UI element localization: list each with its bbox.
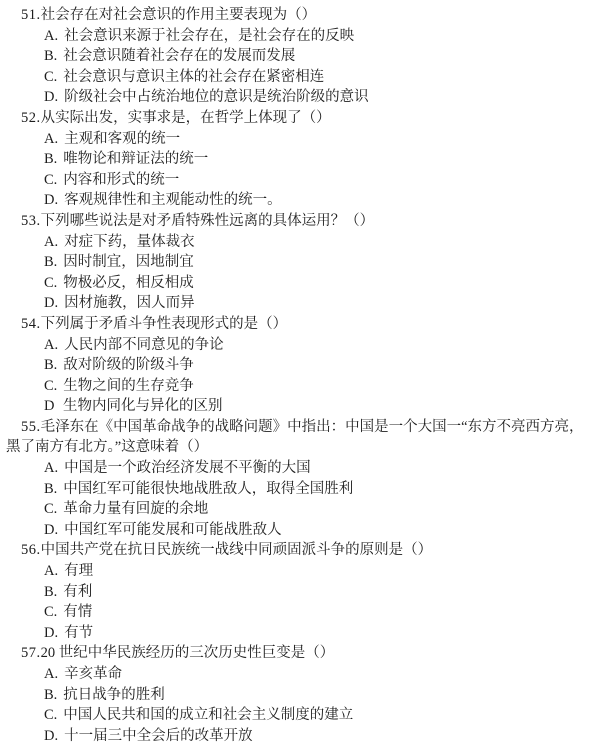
question-block-53: 53.下列哪些说法是对矛盾特殊性远离的具体运用？（） A.对症下药，量体裁衣 B… — [0, 211, 590, 314]
option-label: D. — [44, 623, 58, 644]
exam-document: 51.社会存在对社会意识的作用主要表现为（） A.社会意识来源于社会存在，是社会… — [0, 0, 600, 746]
option-text: 社会意识来源于社会存在，是社会存在的反映 — [64, 28, 354, 44]
option-row: B.有利 — [0, 582, 590, 603]
option-row: B.因时制宜，因地制宜 — [0, 252, 590, 273]
option-label: C. — [44, 273, 57, 294]
option-label: A. — [44, 458, 58, 479]
question-block-57: 57.20 世纪中华民族经历的三次历史性巨变是（） A.辛亥革命 B.抗日战争的… — [0, 643, 590, 746]
option-text: 中国是一个政治经济发展不平衡的大国 — [64, 460, 311, 476]
option-row: A.人民内部不同意见的争论 — [0, 335, 590, 356]
question-number: 54. — [21, 316, 41, 332]
option-label: C. — [44, 499, 57, 520]
option-row: D.中国红军可能发展和可能战胜敌人 — [0, 520, 590, 541]
option-label: D. — [44, 726, 58, 747]
question-text: 下列属于矛盾斗争性表现形式的是（） — [41, 316, 288, 332]
option-text: 社会意识随着社会存在的发展而发展 — [63, 48, 295, 64]
option-label: C. — [44, 376, 57, 397]
option-text: 人民内部不同意见的争论 — [64, 337, 224, 353]
question-block-56: 56.中国共产党在抗日民族统一战线中同顽固派斗争的原则是（） A.有理 B.有利… — [0, 540, 590, 643]
option-text: 中国红军可能很快地战胜敌人，取得全国胜利 — [63, 481, 353, 497]
option-text: 革命力量有回旋的余地 — [63, 501, 208, 517]
option-row: D.十一届三中全会后的改革开放 — [0, 726, 590, 747]
option-label: A. — [44, 232, 58, 253]
question-number: 52. — [21, 110, 41, 126]
option-text: 主观和客观的统一 — [64, 131, 180, 147]
option-row: D.阶级社会中占统治地位的意识是统治阶级的意识 — [0, 87, 590, 108]
option-label: A. — [44, 26, 58, 47]
option-text: 因材施教，因人而异 — [64, 295, 195, 311]
option-text: 十一届三中全会后的改革开放 — [64, 728, 253, 744]
option-row: A.主观和客观的统一 — [0, 129, 590, 150]
option-text: 有情 — [63, 604, 92, 620]
option-row: C.有情 — [0, 602, 590, 623]
question-stem: 57.20 世纪中华民族经历的三次历史性巨变是（） — [0, 643, 590, 664]
option-row: C.生物之间的生存竞争 — [0, 376, 590, 397]
option-row: D.有节 — [0, 623, 590, 644]
option-row: A.中国是一个政治经济发展不平衡的大国 — [0, 458, 590, 479]
option-text: 辛亥革命 — [64, 666, 122, 682]
question-stem: 54.下列属于矛盾斗争性表现形式的是（） — [0, 314, 590, 335]
question-block-55: 55.毛泽东在《中国革命战争的战略问题》中指出：中国是一个大国一“东方不亮西方亮… — [0, 417, 590, 541]
option-label: C. — [44, 170, 57, 191]
option-row: B.唯物论和辩证法的统一 — [0, 149, 590, 170]
option-row: B.中国红军可能很快地战胜敌人，取得全国胜利 — [0, 479, 590, 500]
option-text: 因时制宜，因地制宜 — [63, 254, 194, 270]
option-row: C.社会意识与意识主体的社会存在紧密相连 — [0, 67, 590, 88]
option-text: 中国红军可能发展和可能战胜敌人 — [64, 522, 282, 538]
question-stem: 51.社会存在对社会意识的作用主要表现为（） — [0, 5, 590, 26]
question-stem: 52.从实际出发，实事求是，在哲学上体现了（） — [0, 108, 590, 129]
option-row: A.对症下药，量体裁衣 — [0, 232, 590, 253]
question-number: 55. — [21, 419, 41, 435]
option-label: A. — [44, 664, 58, 685]
option-text: 内容和形式的统一 — [63, 172, 179, 188]
question-block-52: 52.从实际出发，实事求是，在哲学上体现了（） A.主观和客观的统一 B.唯物论… — [0, 108, 590, 211]
option-row: C.中国人民共和国的成立和社会主义制度的建立 — [0, 705, 590, 726]
option-label: C. — [44, 67, 57, 88]
option-label: D. — [44, 87, 58, 108]
option-text: 中国人民共和国的成立和社会主义制度的建立 — [63, 707, 353, 723]
question-number: 57. — [21, 645, 41, 661]
question-text: 中国共产党在抗日民族统一战线中同顽固派斗争的原则是（） — [41, 542, 433, 558]
option-text: 物极必反，相反相成 — [63, 275, 194, 291]
option-text: 抗日战争的胜利 — [63, 687, 165, 703]
option-row: C.革命力量有回旋的余地 — [0, 499, 590, 520]
option-text: 敌对阶级的阶级斗争 — [63, 357, 194, 373]
question-text: 下列哪些说法是对矛盾特殊性远离的具体运用？（） — [41, 213, 375, 229]
question-block-54: 54.下列属于矛盾斗争性表现形式的是（） A.人民内部不同意见的争论 B.敌对阶… — [0, 314, 590, 417]
question-number: 53. — [21, 213, 41, 229]
option-text: 有节 — [64, 625, 93, 641]
option-label: C. — [44, 705, 57, 726]
option-text: 有利 — [63, 584, 92, 600]
option-label: D. — [44, 190, 58, 211]
option-label: C. — [44, 602, 57, 623]
option-label: D. — [44, 293, 58, 314]
option-row: C.内容和形式的统一 — [0, 170, 590, 191]
option-label: B. — [44, 355, 57, 376]
option-text: 阶级社会中占统治地位的意识是统治阶级的意识 — [64, 89, 369, 105]
question-text: 毛泽东在《中国革命战争的战略问题》中指出：中国是一个大国一“东方不亮西方亮，黑了… — [6, 419, 584, 456]
question-number: 56. — [21, 542, 41, 558]
option-label: B. — [44, 252, 57, 273]
question-number: 51. — [21, 7, 41, 23]
option-text: 社会意识与意识主体的社会存在紧密相连 — [63, 69, 324, 85]
option-text: 有理 — [64, 563, 93, 579]
option-row: B.敌对阶级的阶级斗争 — [0, 355, 590, 376]
option-text: 唯物论和辩证法的统一 — [63, 151, 208, 167]
option-row: C.物极必反，相反相成 — [0, 273, 590, 294]
question-text: 20 世纪中华民族经历的三次历史性巨变是（） — [41, 645, 335, 661]
option-label: B. — [44, 685, 57, 706]
option-label: A. — [44, 129, 58, 150]
option-label: B. — [44, 582, 57, 603]
option-row: B.社会意识随着社会存在的发展而发展 — [0, 46, 590, 67]
option-text: 生物之间的生存竞争 — [63, 378, 194, 394]
option-text: 对症下药，量体裁衣 — [64, 234, 195, 250]
option-row: A.有理 — [0, 561, 590, 582]
option-label: D — [44, 396, 57, 417]
option-label: A. — [44, 335, 58, 356]
question-stem: 53.下列哪些说法是对矛盾特殊性远离的具体运用？（） — [0, 211, 590, 232]
question-stem: 56.中国共产党在抗日民族统一战线中同顽固派斗争的原则是（） — [0, 540, 590, 561]
question-stem: 55.毛泽东在《中国革命战争的战略问题》中指出：中国是一个大国一“东方不亮西方亮… — [0, 417, 590, 458]
question-block-51: 51.社会存在对社会意识的作用主要表现为（） A.社会意识来源于社会存在，是社会… — [0, 5, 590, 108]
option-label: A. — [44, 561, 58, 582]
option-row: A.社会意识来源于社会存在，是社会存在的反映 — [0, 26, 590, 47]
option-row: D.因材施教，因人而异 — [0, 293, 590, 314]
option-row: B.抗日战争的胜利 — [0, 685, 590, 706]
option-text: 客观规律性和主观能动性的统一。 — [64, 192, 282, 208]
option-row: A.辛亥革命 — [0, 664, 590, 685]
option-label: B. — [44, 149, 57, 170]
option-text: 生物内同化与异化的区别 — [63, 398, 223, 414]
question-text: 社会存在对社会意识的作用主要表现为（） — [41, 7, 317, 23]
option-label: D. — [44, 520, 58, 541]
option-label: B. — [44, 479, 57, 500]
option-row: D生物内同化与异化的区别 — [0, 396, 590, 417]
option-label: B. — [44, 46, 57, 67]
option-row: D.客观规律性和主观能动性的统一。 — [0, 190, 590, 211]
question-text: 从实际出发，实事求是，在哲学上体现了（） — [41, 110, 331, 126]
